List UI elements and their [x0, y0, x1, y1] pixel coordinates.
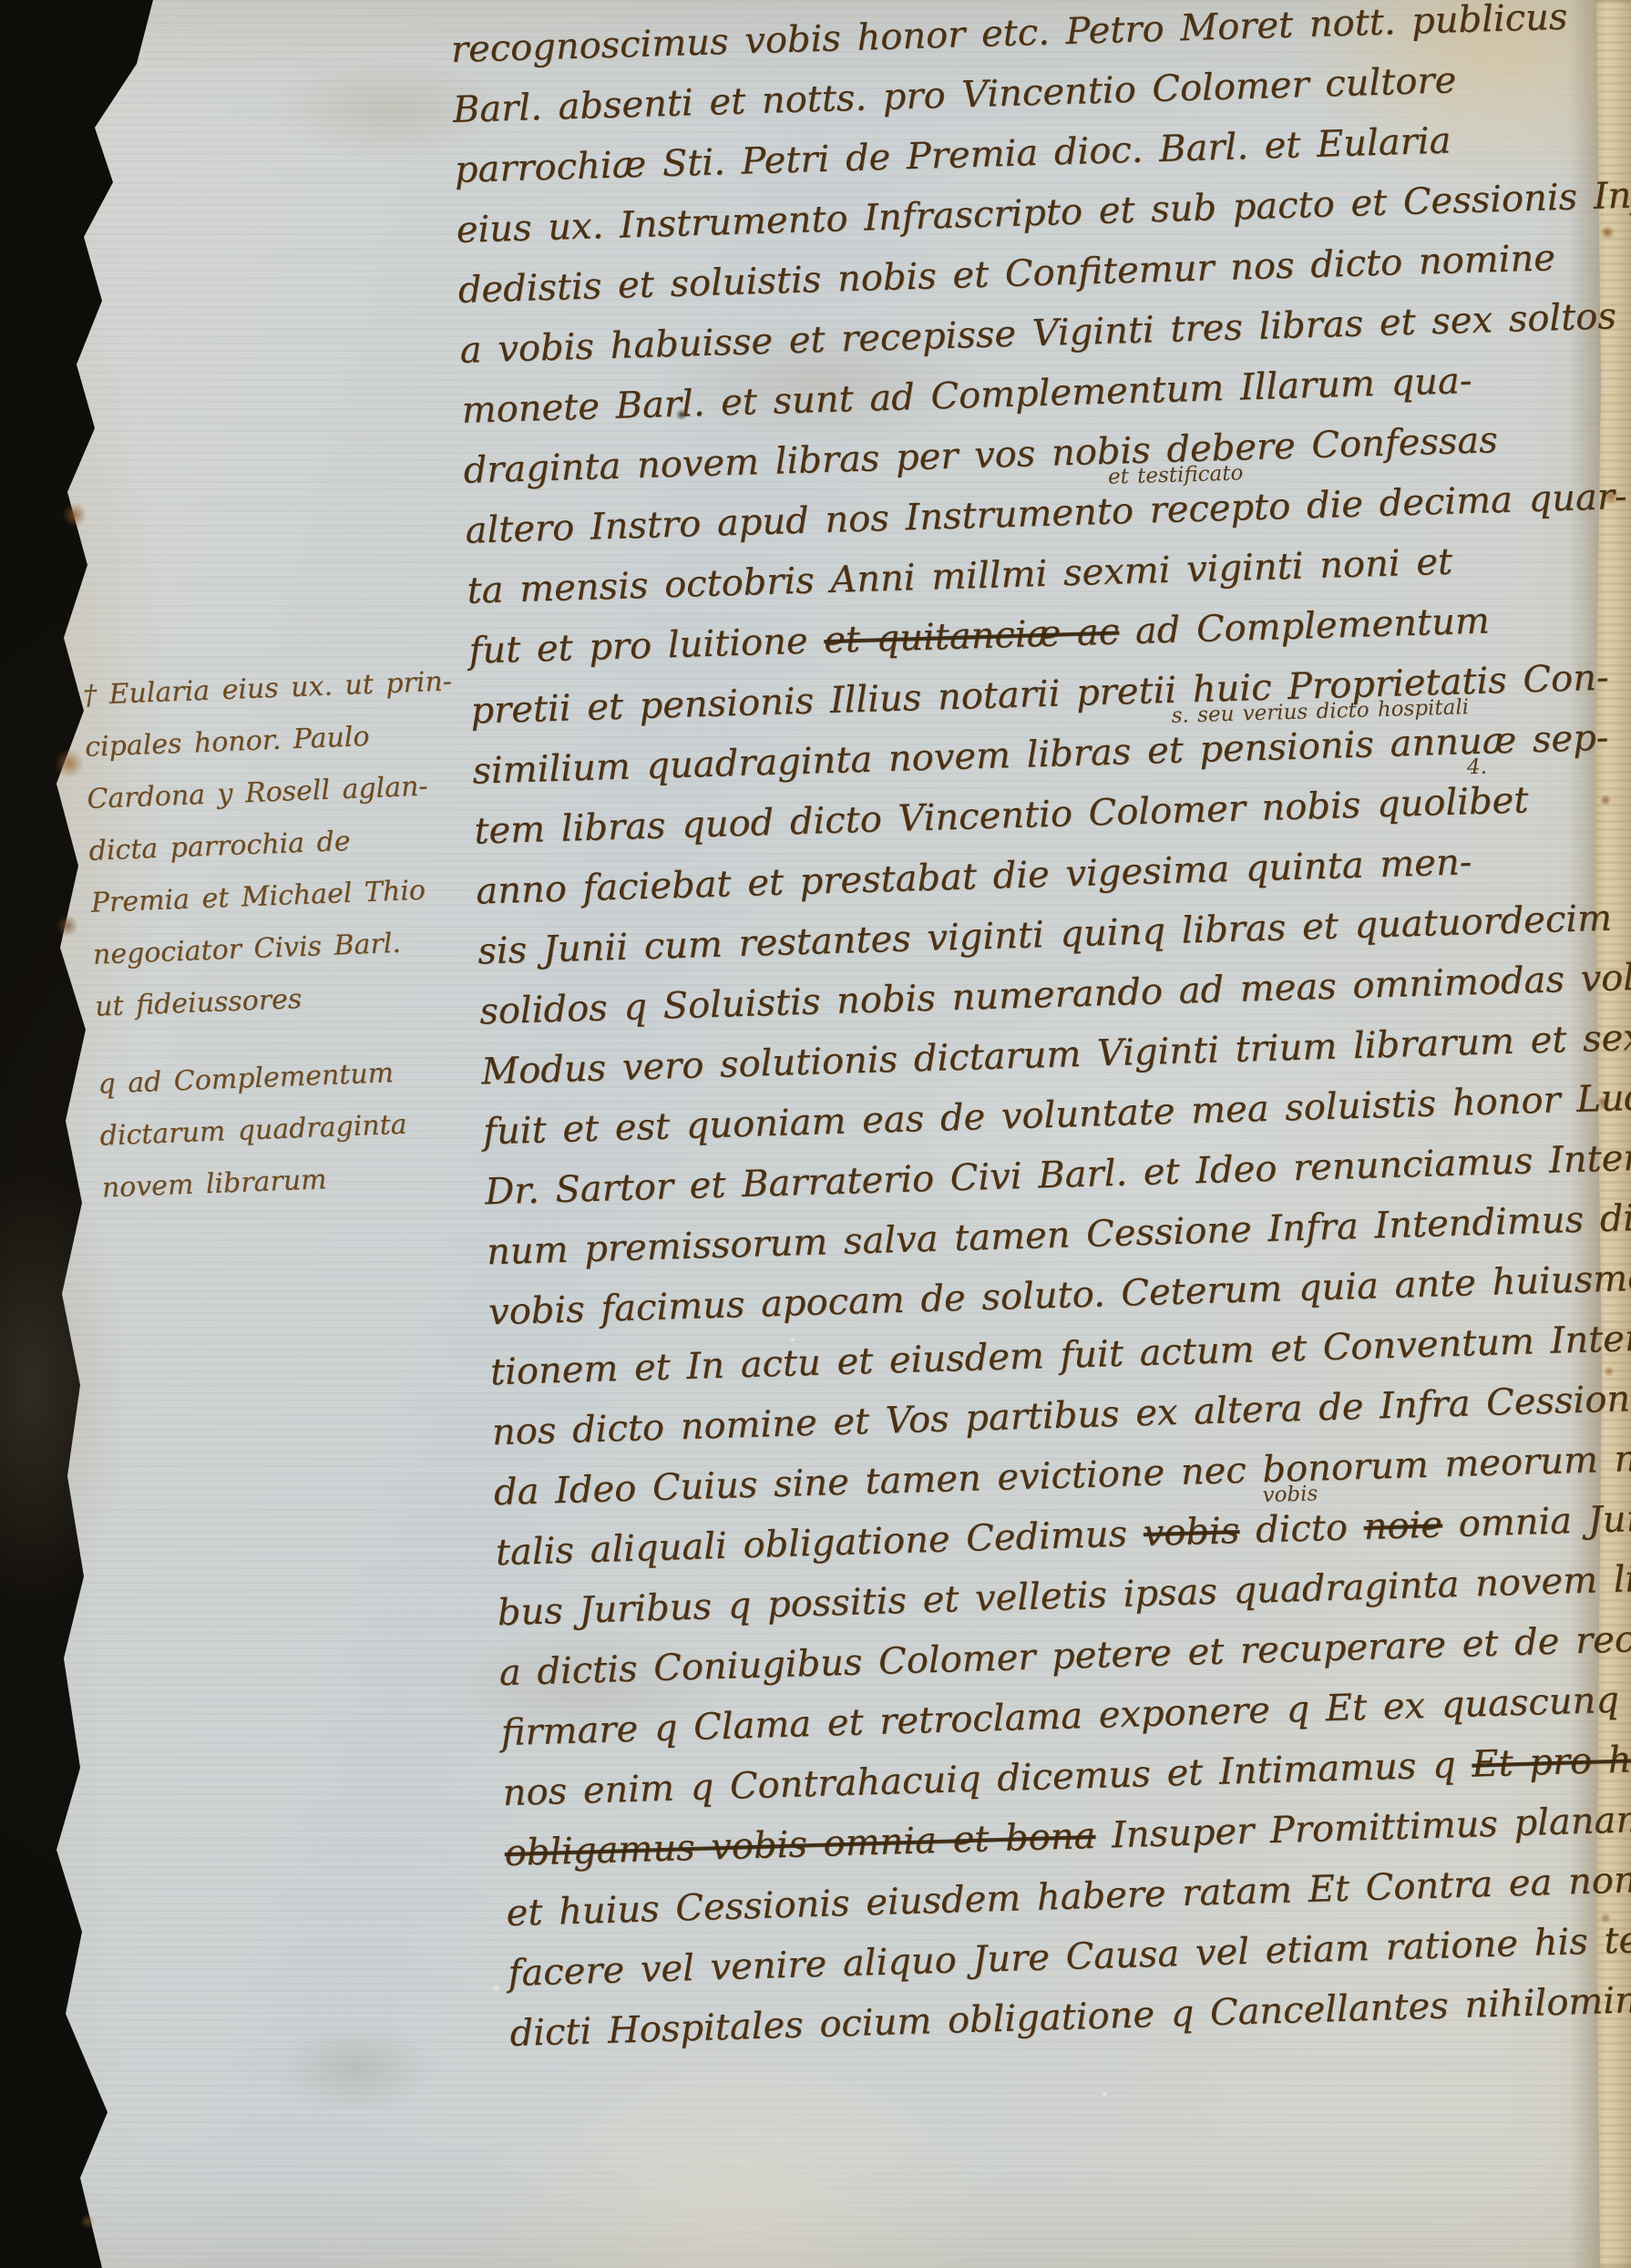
strikethrough-segment: vobis — [1143, 1510, 1240, 1555]
text-segment: omnia Jura q qui- — [1441, 1493, 1631, 1545]
photograph-background: † Eularia eius ux. ut prin-cipales honor… — [0, 0, 1631, 2268]
interlinear-note: et testificato — [1108, 463, 1244, 487]
text-segment: fut et pro luitione — [468, 620, 825, 672]
margin-note: † Eularia eius ux. ut prin-cipales honor… — [82, 654, 504, 1214]
interlinear-note: 4. — [1467, 757, 1488, 779]
text-segment: dicto — [1239, 1506, 1365, 1552]
text-segment: talis aliquali obligatione Cedimus — [495, 1513, 1144, 1574]
strikethrough-segment: Et pro his Complendis — [1472, 1731, 1631, 1786]
interlinear-note: vobis — [1262, 1483, 1318, 1506]
strikethrough-segment: noie — [1363, 1503, 1443, 1548]
text-segment: Insuper Promittimus planam apocham — [1095, 1793, 1631, 1857]
strikethrough-segment: et quitanciæ ac — [824, 611, 1120, 662]
text-segment: ad Complementum — [1118, 600, 1490, 652]
main-text-block: recognoscimus vobis honor etc. Petro Mor… — [450, 0, 1631, 2064]
strikethrough-segment: obligamus vobis omnia et bona — [504, 1815, 1096, 1874]
